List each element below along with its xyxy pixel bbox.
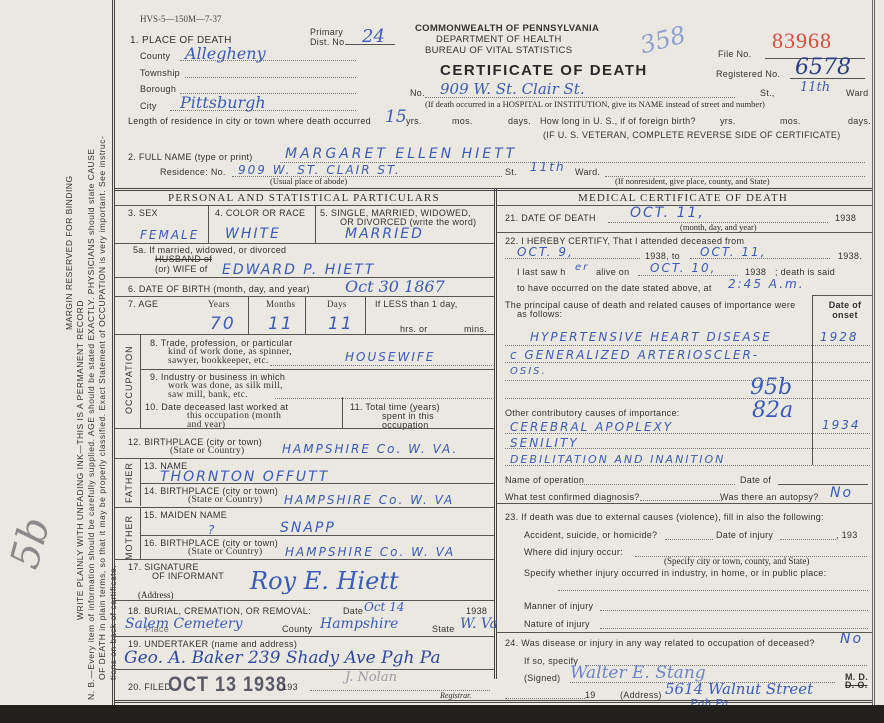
residence-value: 909 W. ST. CLAIR ST.: [238, 163, 401, 177]
signed-label: (Signed): [524, 673, 560, 683]
alive-on-label: alive on: [596, 267, 629, 277]
cause-line-3: OSIS.: [510, 366, 547, 377]
form-code: HVS-5—150M—7-37: [140, 14, 222, 24]
cause-onset-1: 1928: [820, 330, 859, 344]
pencil-annotation: 358: [637, 21, 688, 60]
last-saw-value: OCT. 10,: [650, 261, 716, 275]
physician-address-value: 5614 Walnut Street: [665, 680, 813, 698]
mos-label: mos.: [452, 116, 473, 126]
birthplace-value: HAMPSHIRE Co. W. VA.: [282, 442, 458, 456]
residence-ward-label: Ward.: [575, 167, 600, 177]
filed-year: 193: [282, 682, 298, 692]
spouse-value: EDWARD P. HIETT: [222, 262, 375, 278]
where-injury-note: (Specify city or town, county, and State…: [664, 556, 809, 566]
registered-no-value: 6578: [795, 55, 851, 80]
yrs-label: yrs.: [406, 116, 422, 126]
attended-from-year: 1938, to: [645, 251, 680, 261]
residence-st-label: St.: [505, 167, 517, 177]
scan-edge: [0, 705, 884, 723]
burial-date-label: Date: [343, 606, 363, 616]
test-label: What test confirmed diagnosis?: [505, 492, 640, 502]
nonresident-note: (If nonresident, give place, county, and…: [615, 176, 770, 186]
pencil-mark: 5b: [2, 512, 60, 573]
full-name-label: 2. FULL NAME (type or print): [128, 152, 253, 162]
where-injury-label: Where did injury occur:: [524, 547, 623, 557]
cause-line-2: c GENERALIZED ARTERIOSCLER-: [510, 348, 759, 362]
mother-birthplace-label-2: (State or Country): [188, 547, 263, 557]
cause-line-1: HYPERTENSIVE HEART DISEASE: [530, 330, 772, 344]
operation-date-label: Date of: [740, 475, 771, 485]
external-causes-label: 23. If death was due to external causes …: [505, 512, 824, 522]
primary-dist-value: 24: [362, 26, 385, 47]
informant-signature: Roy E. Hiett: [250, 567, 399, 595]
file-number-stamp: 83968: [772, 28, 832, 54]
autopsy-value: No: [830, 485, 853, 501]
occupation-related-value: No: [840, 631, 863, 647]
sex-value: FEMALE: [140, 228, 199, 242]
occurred-label: to have occurred on the date stated abov…: [517, 283, 712, 293]
bureau-label: BUREAU OF VITAL STATISTICS: [425, 45, 572, 56]
age-days-value: 11: [328, 314, 354, 334]
accident-label: Accident, suicide, or homicide?: [524, 530, 657, 540]
operation-label: Name of operation: [505, 475, 584, 485]
abode-note: (Usual place of abode): [270, 176, 347, 186]
residence-ward-value: 11th: [530, 160, 566, 174]
margin-nb-note-1: N. B.—Every item of information should b…: [86, 148, 97, 700]
township-label: Township: [140, 68, 180, 78]
attended-from-value: OCT. 9,: [517, 245, 574, 259]
street-st-label: St.,: [760, 88, 775, 98]
death-ward-value: 11th: [800, 80, 830, 95]
occupation-side-label: OCCUPATION: [124, 345, 134, 414]
city-value: Pittsburgh: [180, 93, 266, 112]
other-cause-line-1: CEREBRAL APOPLEXY: [510, 420, 673, 434]
industry-label-3: saw mill, bank, etc.: [168, 390, 248, 400]
foreign-yrs-label: yrs.: [720, 116, 736, 126]
father-side-label: FATHER: [124, 462, 134, 503]
other-cause-code: 82a: [752, 398, 793, 423]
age-years-value: 70: [210, 314, 236, 334]
file-no-label: File No.: [718, 49, 751, 59]
ward-label: Ward: [846, 88, 868, 98]
trade-label-3: sawyer, bookkeeper, etc.: [168, 356, 269, 366]
time-of-death-value: 2:45 A.m.: [728, 277, 805, 291]
filed-label: 20. FILED: [128, 682, 171, 692]
mother-maiden-value: SNAPP: [280, 520, 336, 536]
cause-code: 95b: [750, 375, 792, 400]
days-label-age: Days: [327, 299, 347, 309]
attended-to-year: 1938.: [838, 251, 862, 261]
foreign-days-label: days.: [848, 116, 871, 126]
undertaker-value: Geo. A. Baker 239 Shady Ave Pgh Pa: [124, 648, 441, 668]
margin-ink-note: WRITE PLAINLY WITH UNFADING INK—THIS IS …: [75, 300, 86, 620]
burial-label: 18. BURIAL, CREMATION, OR REMOVAL:: [128, 606, 311, 616]
father-birthplace-value: HAMPSHIRE Co. W. VA: [284, 493, 454, 507]
registrar-label: Registrar.: [440, 691, 471, 700]
husband-of-label: HUSBAND of: [155, 254, 212, 264]
right-border: [872, 0, 875, 705]
specify-injury-label: Specify whether injury occurred in indus…: [524, 568, 826, 578]
last-saw-label: I last saw h: [517, 267, 566, 277]
dod-year: 1938: [835, 213, 856, 223]
county-value: Allegheny: [185, 44, 266, 63]
burial-state-label: State: [432, 624, 455, 634]
last-saw-pronoun: er: [575, 262, 589, 273]
death-street-value: 909 W. St. Clair St.: [440, 80, 585, 98]
hrs-label: hrs. or: [400, 324, 428, 334]
margin-nb-note-2: OF DEATH in plain terms, so that it may …: [97, 136, 108, 680]
residence-length-label: Length of residence in city or town wher…: [128, 116, 371, 126]
dob-label: 6. DATE OF BIRTH (month, day, and year): [128, 284, 310, 294]
do-label: D. O.: [845, 680, 868, 690]
marital-value: MARRIED: [345, 226, 424, 242]
burial-year: 1938: [466, 606, 487, 616]
registrar-signature: J. Nolan: [345, 670, 397, 685]
personal-section-title: PERSONAL AND STATISTICAL PARTICULARS: [168, 192, 440, 204]
filed-date-stamp: OCT 13 1938: [168, 672, 287, 697]
informant-address-label: (Address): [138, 590, 174, 600]
county-label: County: [140, 51, 170, 61]
death-certificate: MARGIN RESERVED FOR BINDING WRITE PLAINL…: [0, 0, 884, 705]
burial-county-label: County: [282, 624, 312, 634]
manner-injury-label: Manner of injury: [524, 601, 593, 611]
street-no-label: No.: [410, 88, 425, 98]
informant-label-2: OF INFORMANT: [152, 571, 224, 581]
birthplace-label-2: (State or Country): [170, 446, 245, 456]
mins-label: mins.: [464, 324, 487, 334]
mother-maiden-label: 15. MAIDEN NAME: [144, 510, 227, 520]
burial-county-value: Hampshire: [320, 616, 398, 632]
sex-label: 3. SEX: [128, 208, 158, 218]
physician-address-label: (Address): [620, 690, 662, 700]
principal-cause-label-2: as follows:: [517, 309, 562, 319]
veteran-note: (IF U. S. VETERAN, COMPLETE REVERSE SIDE…: [543, 130, 841, 140]
full-name-value: MARGARET ELLEN HIETT: [285, 146, 517, 162]
residence-label: Residence: No.: [160, 167, 226, 177]
age-months-value: 11: [268, 314, 294, 334]
last-saw-year: 1938: [745, 267, 766, 277]
hospital-note: (If death occurred in a HOSPITAL or INST…: [425, 99, 765, 109]
nature-injury-label: Nature of injury: [524, 619, 590, 629]
margin-binding-note: MARGIN RESERVED FOR BINDING: [64, 175, 75, 330]
commonwealth-label: COMMONWEALTH OF PENNSYLVANIA: [415, 23, 599, 34]
death-said-label: ; death is said: [775, 267, 835, 277]
trade-value: HOUSEWIFE: [345, 350, 435, 364]
foreign-birth-label: How long in U. S., if of foreign birth?: [540, 116, 696, 126]
autopsy-label: Was there an autopsy?: [720, 492, 819, 502]
occupation-related-label: 24. Was disease or injury in any way rel…: [505, 638, 815, 648]
burial-place-value: Salem Cemetery: [125, 616, 243, 632]
registered-no-label: Registered No.: [716, 69, 780, 79]
mother-side-label: MOTHER: [124, 515, 134, 560]
burial-date-value: Oct 14: [364, 600, 404, 614]
department-label: DEPARTMENT OF HEALTH: [436, 34, 562, 45]
years-label: Years: [208, 299, 230, 309]
burial-state-value: W. Va: [460, 616, 498, 632]
onset-column-label: Date of onset: [825, 300, 865, 320]
city-label: City: [140, 101, 157, 111]
days-label: days.: [508, 116, 531, 126]
dob-value: Oct 30 1867: [345, 277, 445, 296]
certificate-title: CERTIFICATE OF DEATH: [440, 62, 648, 79]
other-cause-onset-1: 1934: [822, 418, 861, 432]
medical-section-title: MEDICAL CERTIFICATE OF DEATH: [578, 192, 788, 204]
race-label: 4. COLOR OR RACE: [215, 208, 305, 218]
race-value: WHITE: [225, 226, 281, 242]
age-label: 7. AGE: [128, 299, 158, 309]
dod-note: (month, day, and year): [680, 222, 757, 232]
borough-label: Borough: [140, 84, 176, 94]
foreign-mos-label: mos.: [780, 116, 801, 126]
father-birthplace-label-2: (State or Country): [188, 495, 263, 505]
mother-birthplace-value: HAMPSHIRE Co. W. VA: [285, 545, 455, 559]
wife-of-label: (or) WIFE of: [155, 264, 208, 274]
months-label: Months: [266, 299, 295, 309]
residence-years-value: 15: [385, 107, 407, 127]
other-causes-label: Other contributory causes of importance:: [505, 408, 680, 418]
signed-date-19: 19: [585, 690, 596, 700]
dod-value: OCT. 11,: [630, 205, 705, 221]
injury-date-label: Date of injury: [716, 530, 773, 540]
attended-to-value: OCT. 11,: [700, 245, 766, 259]
injury-year: , 193: [836, 530, 858, 540]
less-than-day-label: If LESS than 1 day,: [375, 299, 458, 309]
dod-label: 21. DATE OF DEATH: [505, 213, 596, 223]
center-divider: [494, 189, 497, 679]
